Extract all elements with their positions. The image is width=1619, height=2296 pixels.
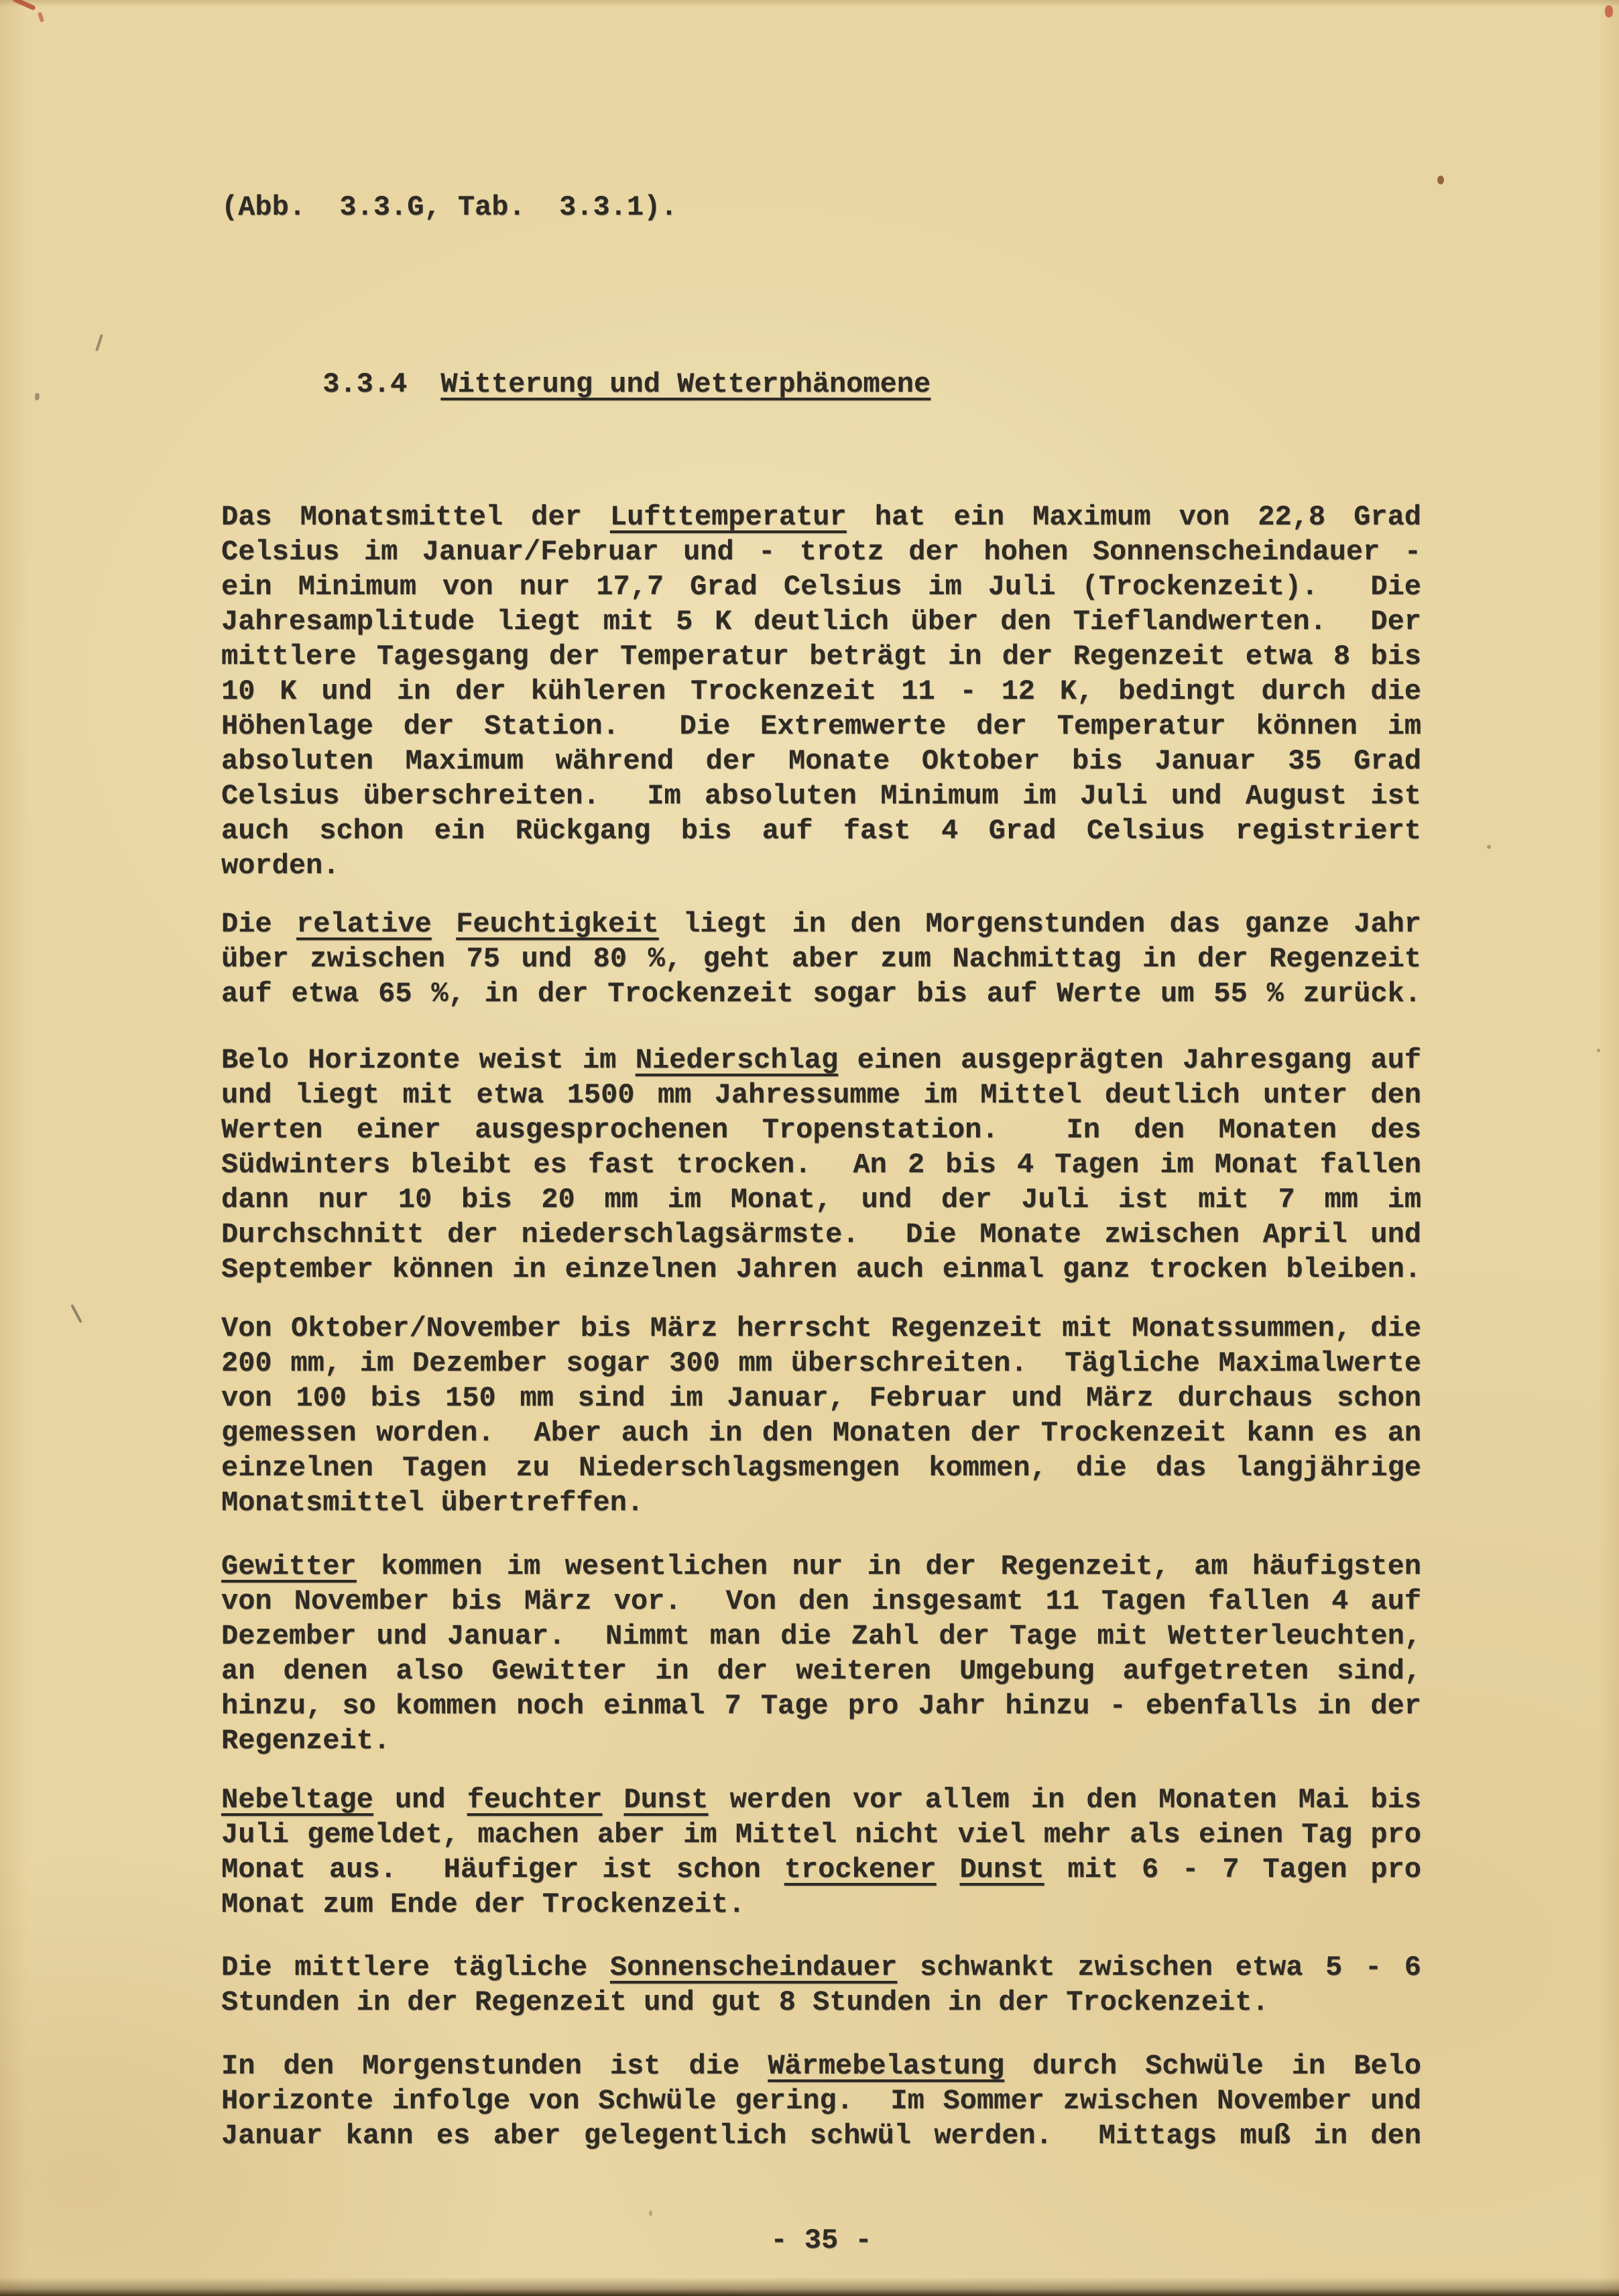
text-segment: dann nur 10 bis 20 mm im Monat, und der … [221,1184,1421,1216]
text-line: Celsius überschreiten. Im absoluten Mini… [221,779,1421,813]
underlined-term: Wärmebelastung [768,2050,1004,2082]
text-line: Juli gemeldet, machen aber im Mittel nic… [221,1817,1421,1852]
text-segment: auf etwa 65 %, in der Trockenzeit sogar … [221,978,1421,1010]
text-segment: an denen also Gewitter in der weiteren U… [221,1655,1421,1687]
text-line: Dezember und Januar. Nimmt man die Zahl … [221,1619,1421,1654]
text-line: mittlere Tagesgang der Temperatur beträg… [221,639,1421,674]
text-segment: durch Schwüle in Belo [1004,2050,1421,2082]
text-segment: Dezember und Januar. Nimmt man die Zahl … [221,1620,1421,1652]
paragraph: Belo Horizonte weist im Niederschlag ein… [221,1043,1421,1287]
text-segment: Celsius überschreiten. Im absoluten Mini… [221,780,1421,812]
paragraphs: Das Monatsmittel der Lufttemperatur hat … [221,500,1421,2153]
text-segment: Regenzeit. [221,1725,390,1757]
section-number: 3.3.4 [322,368,407,400]
text-line: hinzu, so kommen noch einmal 7 Tage pro … [221,1688,1421,1723]
text-segment: schwankt zwischen etwa 5 - 6 [897,1951,1421,1984]
underlined-term: Nebeltage [221,1784,373,1816]
text-line: Nebeltage und feuchter Dunst werden vor … [221,1782,1421,1817]
underlined-term: Dunst [623,1784,708,1816]
text-segment: Stunden in der Regenzeit und gut 8 Stund… [221,1986,1269,2018]
text-segment: mit 6 - 7 Tagen pro [1044,1853,1421,1886]
text-segment: Horizonte infolge von Schwüle gering. Im… [221,2085,1421,2117]
text-segment: ein Minimum von nur 17,7 Grad Celsius im… [221,571,1421,603]
text-segment: gemessen worden. Aber auch in den Monate… [221,1417,1421,1449]
underlined-term: Dunst [960,1853,1044,1886]
text-segment: von 100 bis 150 mm sind im Januar, Febru… [221,1382,1421,1414]
text-line: Celsius im Januar/Februar und - trotz de… [221,534,1421,569]
text-line: einzelnen Tagen zu Niederschlagsmengen k… [221,1450,1421,1485]
text-segment: Juli gemeldet, machen aber im Mittel nic… [221,1819,1421,1851]
text-segment: In den Morgenstunden ist die [221,2050,768,2082]
underlined-term: trockener [784,1853,937,1886]
text-line: Stunden in der Regenzeit und gut 8 Stund… [221,1985,1421,2020]
underlined-term: feuchter [467,1784,603,1816]
text-segment: Das Monatsmittel der [221,501,610,533]
paragraph: Das Monatsmittel der Lufttemperatur hat … [221,500,1421,883]
text-segment: einen ausgeprägten Jahresgang auf [838,1044,1421,1076]
paper-speck [1597,1049,1600,1052]
text-segment: September können in einzelnen Jahren auc… [221,1253,1421,1285]
text-line: über zwischen 75 und 80 %, geht aber zum… [221,941,1421,976]
text-line: September können in einzelnen Jahren auc… [221,1252,1421,1287]
underlined-term: Sonnenscheindauer [610,1951,897,1984]
text-segment: hinzu, so kommen noch einmal 7 Tage pro … [221,1690,1421,1722]
text-segment [602,1784,623,1816]
text-line: Werten einer ausgesprochenen Tropenstati… [221,1112,1421,1147]
text-segment: Celsius im Januar/Februar und - trotz de… [221,536,1421,568]
text-line: Durchschnitt der niederschlagsärmste. Di… [221,1217,1421,1252]
text-segment [937,1853,960,1886]
text-segment: und [373,1784,467,1816]
text-segment: Werten einer ausgesprochenen Tropenstati… [221,1114,1421,1146]
text-segment: kommen im wesentlichen nur in der Regenz… [357,1550,1421,1583]
text-segment: über zwischen 75 und 80 %, geht aber zum… [221,943,1421,975]
text-segment: werden vor allem in den Monaten Mai bis [709,1784,1421,1816]
underlined-term: Feuchtigkeit [456,908,658,940]
text-segment: mittlere Tagesgang der Temperatur beträg… [221,640,1421,673]
text-line: Die relative Feuchtigkeit liegt in den M… [221,907,1421,941]
text-segment: Januar kann es aber gelegentlich schwül … [221,2120,1421,2152]
red-edge-mark [1605,5,1613,17]
underlined-term: relative [296,908,432,940]
text-line: absoluten Maximum während der Monate Okt… [221,744,1421,779]
text-line: gemessen worden. Aber auch in den Monate… [221,1416,1421,1450]
text-line: Belo Horizonte weist im Niederschlag ein… [221,1043,1421,1078]
paragraph: Nebeltage und feuchter Dunst werden vor … [221,1782,1421,1922]
paragraph: Von Oktober/November bis März herrscht R… [221,1311,1421,1520]
text-segment: Die [221,908,296,940]
paragraph: Die mittlere tägliche Sonnenscheindauer … [221,1950,1421,2020]
text-segment: Von Oktober/November bis März herrscht R… [221,1312,1421,1344]
text-line: worden. [221,848,1421,883]
text-line: Südwinters bleibt es fast trocken. An 2 … [221,1147,1421,1182]
figure-reference-line: (Abb. 3.3.G, Tab. 3.3.1). [221,190,1421,225]
underlined-term: Niederschlag [636,1044,838,1076]
text-line: an denen also Gewitter in der weiteren U… [221,1654,1421,1688]
text-line: dann nur 10 bis 20 mm im Monat, und der … [221,1182,1421,1217]
text-line: auch schon ein Rückgang bis auf fast 4 G… [221,813,1421,848]
text-line: Höhenlage der Station. Die Extremwerte d… [221,709,1421,744]
text-segment: und liegt mit etwa 1500 mm Jahressumme i… [221,1079,1421,1111]
paragraph: Die relative Feuchtigkeit liegt in den M… [221,907,1421,1011]
text-line: 10 K und in der kühleren Trockenzeit 11 … [221,674,1421,709]
paper-speck [95,334,103,351]
section-title: Witterung und Wetterphänomene [440,368,931,400]
text-line: 200 mm, im Dezember sogar 300 mm übersch… [221,1346,1421,1381]
text-segment: liegt in den Morgenstunden das ganze Jah… [659,908,1421,940]
underlined-term: Gewitter [221,1550,357,1583]
text-segment: Monat zum Ende der Trockenzeit. [221,1888,745,1920]
text-line: ein Minimum von nur 17,7 Grad Celsius im… [221,569,1421,604]
text-line: Monatsmittel übertreffen. [221,1485,1421,1520]
red-corner-mark [38,11,44,22]
text-line: Monat aus. Häufiger ist schon trockener … [221,1852,1421,1887]
text-segment: Höhenlage der Station. Die Extremwerte d… [221,710,1421,742]
paper-speck [70,1304,82,1323]
text-line: und liegt mit etwa 1500 mm Jahressumme i… [221,1078,1421,1112]
section-heading: 3.3.4Witterung und Wetterphänomene [221,332,1421,437]
text-line: Gewitter kommen im wesentlichen nur in d… [221,1549,1421,1584]
paper-speck [1487,845,1491,849]
text-segment: Die mittlere tägliche [221,1951,610,1984]
page-content: (Abb. 3.3.G, Tab. 3.3.1). 3.3.4Witterung… [221,0,1421,2258]
paragraph: In den Morgenstunden ist die Wärmebelast… [221,2049,1421,2153]
page-number: - 35 - [221,2223,1421,2258]
text-segment: Jahresamplitude liegt mit 5 K deutlich ü… [221,606,1421,638]
paper-speck [1437,176,1444,184]
text-segment: hat ein Maximum von 22,8 Grad [847,501,1421,533]
text-segment: 200 mm, im Dezember sogar 300 mm übersch… [221,1347,1421,1379]
text-segment: Belo Horizonte weist im [221,1044,636,1076]
text-line: Januar kann es aber gelegentlich schwül … [221,2118,1421,2153]
text-segment: 10 K und in der kühleren Trockenzeit 11 … [221,675,1421,707]
text-line: von November bis März vor. Von den insge… [221,1584,1421,1619]
text-line: von 100 bis 150 mm sind im Januar, Febru… [221,1381,1421,1416]
text-line: Regenzeit. [221,1723,1421,1758]
text-line: auf etwa 65 %, in der Trockenzeit sogar … [221,976,1421,1011]
text-line: Jahresamplitude liegt mit 5 K deutlich ü… [221,604,1421,639]
text-segment: Durchschnitt der niederschlagsärmste. Di… [221,1218,1421,1251]
text-segment: worden. [221,850,339,882]
text-line: In den Morgenstunden ist die Wärmebelast… [221,2049,1421,2083]
text-segment: auch schon ein Rückgang bis auf fast 4 G… [221,815,1421,847]
text-line: Von Oktober/November bis März herrscht R… [221,1311,1421,1346]
text-segment: einzelnen Tagen zu Niederschlagsmengen k… [221,1452,1421,1484]
text-line: Monat zum Ende der Trockenzeit. [221,1887,1421,1922]
text-segment: absoluten Maximum während der Monate Okt… [221,745,1421,777]
text-line: Die mittlere tägliche Sonnenscheindauer … [221,1950,1421,1985]
paper-speck [35,393,40,400]
red-corner-mark [12,0,36,11]
paragraph: Gewitter kommen im wesentlichen nur in d… [221,1549,1421,1758]
text-line: Horizonte infolge von Schwüle gering. Im… [221,2083,1421,2118]
text-segment: Monat aus. Häufiger ist schon [221,1853,784,1886]
scanned-document-page: (Abb. 3.3.G, Tab. 3.3.1). 3.3.4Witterung… [0,0,1619,2296]
underlined-term: Lufttemperatur [610,501,847,533]
text-segment [432,908,456,940]
text-segment: Südwinters bleibt es fast trocken. An 2 … [221,1149,1421,1181]
text-line: Das Monatsmittel der Lufttemperatur hat … [221,500,1421,534]
text-segment: von November bis März vor. Von den insge… [221,1585,1421,1617]
text-segment: Monatsmittel übertreffen. [221,1487,644,1519]
